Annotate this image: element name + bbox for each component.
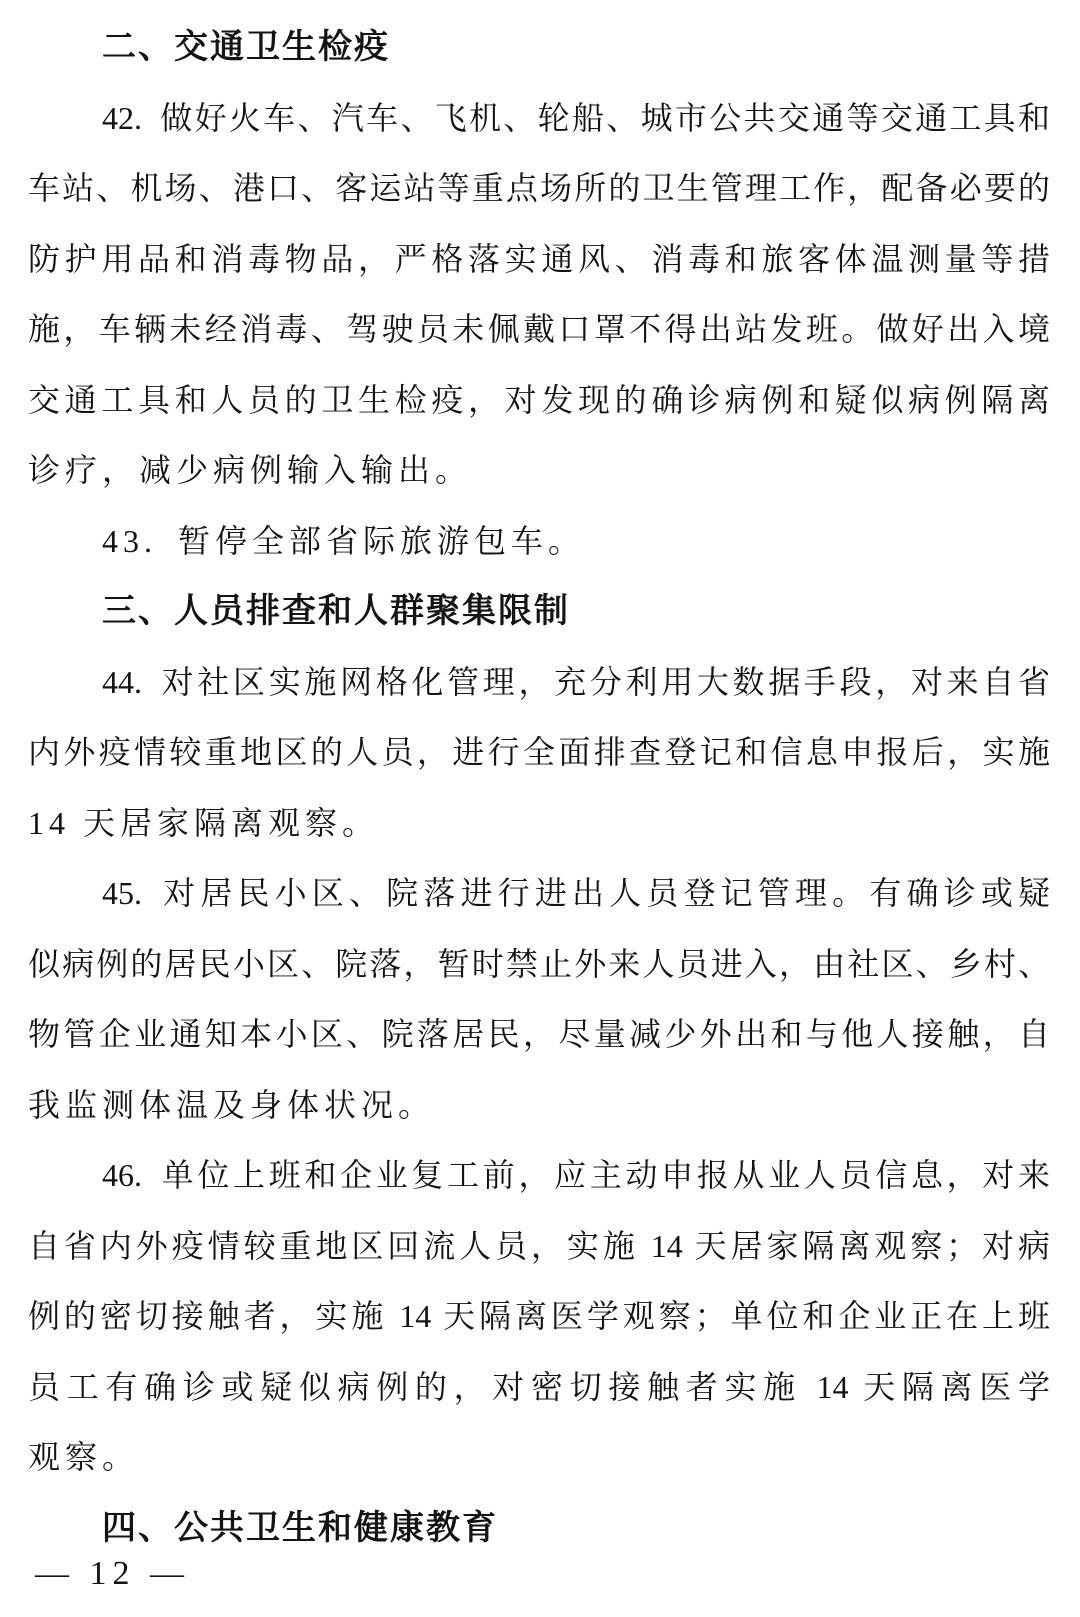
- document-body: 二、交通卫生检疫42. 做好火车、汽车、飞机、轮船、城市公共交通等交通工具和车站…: [28, 12, 1050, 1563]
- item-44-line: 14 天居家隔离观察。: [28, 788, 1050, 859]
- section-heading-2: 二、交通卫生检疫: [28, 12, 1050, 83]
- item-46-line: 员工有确诊或疑似病例的，对密切接触者实施 14 天隔离医学: [28, 1352, 1050, 1423]
- item-42-line: 42. 做好火车、汽车、飞机、轮船、城市公共交通等交通工具和: [28, 83, 1050, 154]
- item-45-line: 似病例的居民小区、院落，暂时禁止外来人员进入，由社区、乡村、: [28, 929, 1050, 1000]
- item-42-line: 施，车辆未经消毒、驾驶员未佩戴口罩不得出站发班。做好出入境: [28, 294, 1050, 365]
- item-45-line: 我监测体温及身体状况。: [28, 1070, 1050, 1141]
- page-number: — 12 —: [35, 1552, 190, 1596]
- item-42-line: 诊疗，减少病例输入输出。: [28, 435, 1050, 506]
- item-44-line: 内外疫情较重地区的人员，进行全面排查登记和信息申报后，实施: [28, 717, 1050, 788]
- item-46-line: 例的密切接触者，实施 14 天隔离医学观察；单位和企业正在上班: [28, 1281, 1050, 1352]
- section-heading-3: 三、人员排查和人群聚集限制: [28, 576, 1050, 647]
- document-page: 二、交通卫生检疫42. 做好火车、汽车、飞机、轮船、城市公共交通等交通工具和车站…: [0, 0, 1080, 1617]
- item-46-line: 自省内外疫情较重地区回流人员，实施 14 天居家隔离观察；对病: [28, 1211, 1050, 1282]
- item-42-line: 车站、机场、港口、客运站等重点场所的卫生管理工作，配备必要的: [28, 153, 1050, 224]
- item-42-line: 防护用品和消毒物品，严格落实通风、消毒和旅客体温测量等措: [28, 224, 1050, 295]
- item-44-line: 44. 对社区实施网格化管理，充分利用大数据手段，对来自省: [28, 647, 1050, 718]
- item-45-line: 45. 对居民小区、院落进行进出人员登记管理。有确诊或疑: [28, 858, 1050, 929]
- item-45-line: 物管企业通知本小区、院落居民，尽量减少外出和与他人接触，自: [28, 999, 1050, 1070]
- item-43-line: 43. 暂停全部省际旅游包车。: [28, 506, 1050, 577]
- item-42-line: 交通工具和人员的卫生检疫，对发现的确诊病例和疑似病例隔离: [28, 365, 1050, 436]
- item-46-line: 观察。: [28, 1422, 1050, 1493]
- item-46-line: 46. 单位上班和企业复工前，应主动申报从业人员信息，对来: [28, 1140, 1050, 1211]
